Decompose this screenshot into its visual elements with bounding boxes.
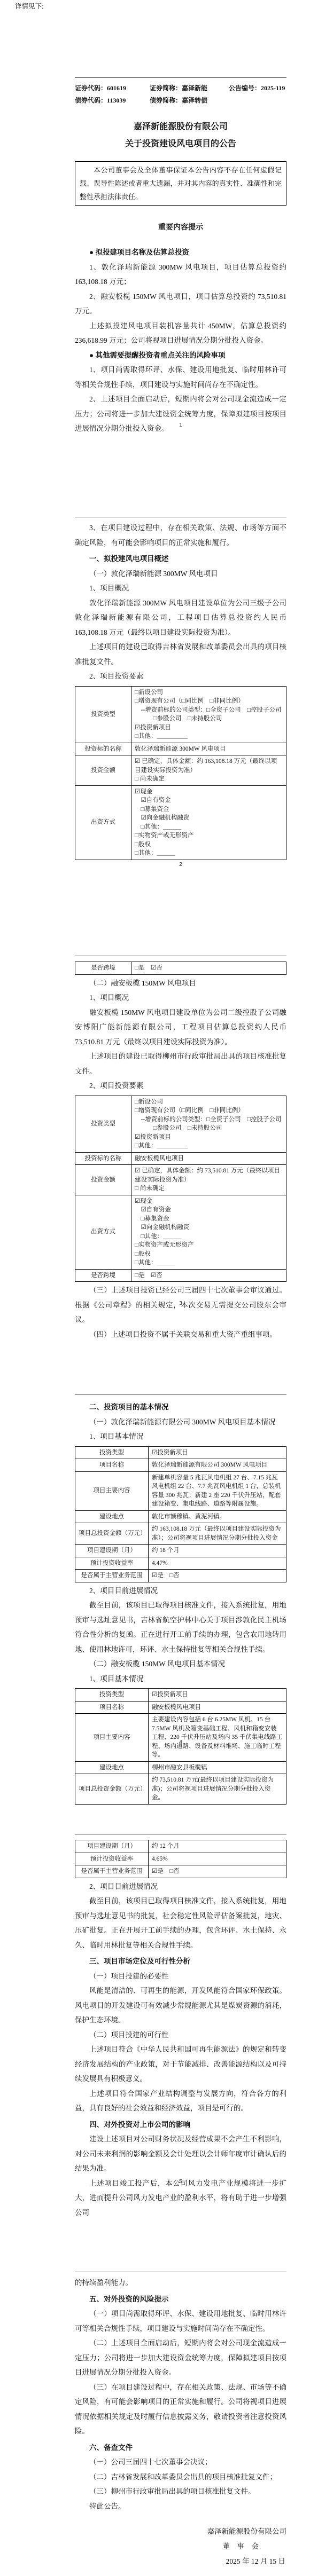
table-value-cell: □是 ☑否 bbox=[131, 1269, 286, 1282]
info-table-row: 出资方式☑现金 ☑自有资金 □募集资金 ☑向金融机构融资 □其他：＿＿＿□实物资… bbox=[75, 785, 286, 860]
table-value-line: □募集资金 bbox=[135, 1215, 283, 1224]
table-label-cell: 出资方式 bbox=[75, 1195, 131, 1269]
table-value-line: □是 ☑否 bbox=[135, 1271, 283, 1280]
document-page: 的持续盈利能力。五、对外投资的风险提示（一）项目尚需取得环评、水保、建设用地批复… bbox=[75, 2272, 286, 2576]
page-number: 1 bbox=[75, 422, 286, 428]
document-page: 项目建设期（月）约 12 个月预计投资收益率4.65%是否属于主营业务范围☑是 … bbox=[75, 1834, 286, 2272]
table-value-cell: 敦化泽瑞新能源 300MW 风电项目 bbox=[131, 743, 286, 755]
table-label-cell: 投资类型 bbox=[75, 1689, 149, 1701]
paragraph: 风能是清洁的、可再生的能源，开发风能符合国家环保政策。风电项目的开发建设可有效减… bbox=[75, 1983, 286, 2028]
table-value-line: 主要建设内容包括 6 台 6.25MW 风机、15 台 7.5MW 风机及箱变基… bbox=[152, 1715, 283, 1760]
paragraph: （二）融安板榄 150MW 风电项目基本情况 bbox=[75, 1657, 286, 1672]
table-value-line: ☑自有资金 bbox=[135, 1206, 283, 1215]
table-value-line: 约 163,108.18 万元（最终以项目建设实际投资为准）；公司将视项目进展情… bbox=[152, 1525, 283, 1542]
paragraph: 2、项目投资要素 bbox=[75, 669, 286, 684]
table-value-cell: ☑现金 ☑自有资金 □募集资金 ☑向金融机构融资 □其他：＿＿＿□实物资产或无形… bbox=[131, 1195, 286, 1269]
info-table-row: 项目主要内容新建单机容量 5 兆瓦风电机组 27 台、7.15 兆瓦风电机组 2… bbox=[75, 1471, 286, 1510]
paragraph: （四）上述项目投资不属于关联交易和重大资产重组事项。 bbox=[75, 1327, 286, 1342]
page-number: 5 bbox=[75, 2178, 286, 2185]
table-label-cell: 项目建设期（月） bbox=[75, 1840, 149, 1853]
table-value-line: ☑向金融机构融资 bbox=[135, 814, 283, 823]
table-value-cell: □是 ☑否 bbox=[131, 962, 286, 975]
table-value-line: ☑现金 bbox=[135, 1197, 283, 1206]
info-table-row: 项目建设期（月）约 18 个月 bbox=[75, 1545, 286, 1557]
table-value-line: □股权 bbox=[135, 1250, 283, 1259]
table-value-line: ☑投资新项目 bbox=[135, 723, 283, 732]
table-value-cell: 融安板榄风电项目 bbox=[149, 1701, 286, 1714]
table-value-line: □股权 bbox=[135, 840, 283, 849]
info-table-row: 项目总投资金额（万元）约 163,108.18 万元（最终以项目建设实际投资为准… bbox=[75, 1523, 286, 1545]
table-label-cell: 投资类型 bbox=[75, 1096, 131, 1152]
table-value-line: ☑现金 bbox=[135, 787, 283, 797]
info-table-row: 投资类型□新设公司□增资现有公司（□同比例 □非同比例） --增资前标的公司类型… bbox=[75, 1096, 286, 1152]
paragraph: 上述项目符合《中华人民共和国可再生能源法》的规定和转变经济发展结构的产业政策，对… bbox=[75, 2042, 286, 2086]
table-value-cell: 约 163,108.18 万元（最终以项目建设实际投资为准）；公司将视项目进展情… bbox=[149, 1523, 286, 1545]
table-value-cell: 敦化泽瑞新能源有限公司 300MW 风电项目 bbox=[149, 1459, 286, 1472]
paragraph: 1、项目基本情况 bbox=[75, 1672, 286, 1687]
info-table-row: 投资标的名称融安板榄风电项目 bbox=[75, 1152, 286, 1165]
paragraph: 2、上述项目全面启动后，短期内将会对公司现金流造成一定压力；公司将进一步加大建设… bbox=[75, 392, 286, 436]
disclaimer-box: 本公司董事会及全体董事保证本公告内容不存在任何虚假记载、误导性陈述或者重大遗漏，… bbox=[75, 161, 286, 206]
info-table-row: 建设地点敦化市额穆镇、黄泥河镇。 bbox=[75, 1510, 286, 1523]
table-value-cell: □新设公司□增资现有公司（□同比例 □非同比例） --增资前标的公司类型：□全资… bbox=[131, 1096, 286, 1152]
paragraph: 上述拟投建风电项目装机容量共计 450MW，估算总投资约 236,618.99 … bbox=[75, 319, 286, 348]
caption: 详情见下: bbox=[15, 1, 43, 11]
paragraph: （二）上述项目全面启动后，短期内将会对公司现金流造成一定压力；公司将进一步加大建… bbox=[75, 2336, 286, 2380]
paragraph: 1、敦化泽瑞新能源 300MW 风电项目，项目估算总投资约 163,108.18… bbox=[75, 260, 286, 289]
table-value-line: □其他：＿＿＿＿＿ bbox=[135, 732, 283, 741]
info-table-row: 是否跨境□是 ☑否 bbox=[75, 962, 286, 975]
table-label-cell: 投资标的名称 bbox=[75, 1152, 131, 1165]
stock-info-header: 证券代码：601619证券简称：嘉泽新能公告编号：2025-119债券代码：11… bbox=[75, 81, 286, 107]
signature-line: 嘉泽新能源股份有限公司 bbox=[75, 2524, 286, 2539]
table-value-line: 约 18 个月 bbox=[152, 1546, 283, 1555]
table-value-line: --增资前标的公司类型：□全资子公司 □控股子公司 bbox=[135, 1115, 283, 1124]
document-page: 二、投资项目的基本情况（一）敦化泽瑞新能源有限公司 300MW 风电项目基本情况… bbox=[75, 1395, 286, 1834]
paragraph: 特此公告。 bbox=[75, 2499, 286, 2514]
table-value-line: ☑向金融机构融资 bbox=[135, 1223, 283, 1232]
table-value-cell: ☑是 □否 bbox=[149, 1570, 286, 1582]
table-label-cell: 是否跨境 bbox=[75, 962, 131, 975]
info-table: 项目建设期（月）约 12 个月预计投资收益率4.65%是否属于主营业务范围☑是 … bbox=[75, 1840, 286, 1878]
table-value-line: □参股公司 □未持股公司 bbox=[135, 714, 283, 723]
table-value-line: 柳州市融安县板榄镇 bbox=[152, 1763, 283, 1773]
stock-info-item: 债券简称：嘉泽转债 bbox=[150, 94, 229, 107]
page-number: 3 bbox=[75, 1300, 286, 1306]
info-table-row: 投资金额☑ 已确定，具体金额：约 163,108.18 万元（最终以项目建设实际… bbox=[75, 755, 286, 786]
table-label-cell: 投资标的名称 bbox=[75, 743, 131, 755]
paragraph: （一）敦化泽瑞新能源有限公司 300MW 风电项目基本情况 bbox=[75, 1415, 286, 1430]
table-value-line: 4.47% bbox=[152, 1559, 283, 1568]
paragraph: 敦化泽瑞新能源 300MW 风电项目建设单位为公司三级子公司敦化泽瑞新能源有限公… bbox=[75, 596, 286, 640]
section-heading: 五、对外投资的风险提示 bbox=[75, 2292, 286, 2307]
table-value-line: 新建单机容量 5 兆瓦风电机组 27 台、7.15 兆瓦风电机组 22 台、7.… bbox=[152, 1474, 283, 1509]
section-banner: 重要内容提示 bbox=[75, 222, 286, 232]
stock-info-item bbox=[229, 94, 286, 107]
paragraph: 截至目前，该项目已取得项目核准文件，接入系统批复，用地预审与选址意见书的批复，社… bbox=[75, 1894, 286, 1952]
paragraph: 1、项目尚需取得环评、水保、建设用地批复、临时用林许可等相关合规性手续，项目建设… bbox=[75, 363, 286, 392]
table-value-cell: ☑ 已确定，具体金额：约 163,108.18 万元（最终以项目建设实际投资为准… bbox=[131, 755, 286, 786]
paragraph: （一）项目尚需取得环评、水保、建设用地批复、临时用林许可等相关合规性手续，项目建… bbox=[75, 2306, 286, 2336]
disclaimer-text: 本公司董事会及全体董事保证本公告内容不存在任何虚假记载、误导性陈述或者重大遗漏，… bbox=[80, 163, 282, 203]
info-table: 投资类型□新设公司□增资现有公司（□同比例 □非同比例） --增资前标的公司类型… bbox=[75, 686, 286, 860]
table-value-line: □参股公司 □未持股公司 bbox=[135, 1124, 283, 1133]
table-value-cell: ☑投资新项目 bbox=[149, 1689, 286, 1701]
table-value-line: □新设公司 bbox=[135, 688, 283, 697]
info-table-row: 出资方式☑现金 ☑自有资金 □募集资金 ☑向金融机构融资 □其他：＿＿＿□实物资… bbox=[75, 1195, 286, 1269]
table-value-line: ☑投资新项目 bbox=[152, 1448, 283, 1458]
table-value-cell: 主要建设内容包括 6 台 6.25MW 风机、15 台 7.5MW 风机及箱变基… bbox=[149, 1714, 286, 1762]
table-label-cell: 项目主要内容 bbox=[75, 1471, 149, 1510]
section-heading: 一、拟投建风电项目概述 bbox=[75, 552, 286, 566]
paragraph: 上述项目符合国家产业结构调整与发展方向，符合各方的利益，具有良好的社会效益和经济… bbox=[75, 2086, 286, 2116]
info-table-row: 投资标的名称敦化泽瑞新能源 300MW 风电项目 bbox=[75, 743, 286, 755]
paragraph: 3、在项目建设过程中，存在相关政策、法规、市场等方面不确定风险，有可能会影响项目… bbox=[75, 521, 286, 550]
info-table-row: 项目名称敦化泽瑞新能源有限公司 300MW 风电项目 bbox=[75, 1459, 286, 1472]
paragraph: 1、项目概况 bbox=[75, 581, 286, 596]
info-table-row: 投资类型☑投资新项目 bbox=[75, 1689, 286, 1701]
table-value-line: 敦化泽瑞新能源 300MW 风电项目 bbox=[135, 745, 283, 754]
paragraph: 2、项目目前进展情况 bbox=[75, 1879, 286, 1894]
stock-info-item: 证券代码：601619 bbox=[75, 82, 150, 94]
table-value-line: □其他：＿＿＿ bbox=[135, 823, 283, 832]
table-value-line: □ 尚未确定 bbox=[135, 1184, 283, 1193]
info-table: 是否跨境□是 ☑否 bbox=[75, 962, 286, 975]
table-value-cell: 敦化市额穆镇、黄泥河镇。 bbox=[149, 1510, 286, 1523]
paragraph: 建设上述项目对公司财务状况及经营成果不会产生不利影响，对公司未来利润的影响金额及… bbox=[75, 2132, 286, 2176]
paragraph: 2、项目目前进展情况 bbox=[75, 1584, 286, 1598]
table-label-cell: 建设地点 bbox=[75, 1761, 149, 1774]
table-value-line: 敦化市额穆镇、黄泥河镇。 bbox=[152, 1512, 283, 1522]
table-label-cell: 建设地点 bbox=[75, 1510, 149, 1523]
table-value-line: 融安板榄风电项目 bbox=[152, 1703, 283, 1712]
table-value-cell: ☑现金 ☑自有资金 □募集资金 ☑向金融机构融资 □其他：＿＿＿□实物资产或无形… bbox=[131, 785, 286, 860]
paragraph: （三）柳州市行政审批局出具的项目核准批复文件。 bbox=[75, 2484, 286, 2499]
table-value-cell: 约 73,510.81 万元(最终以项目建设实际投资为准)；公司将视项目进展情况… bbox=[149, 1774, 286, 1805]
table-value-line: 4.65% bbox=[152, 1855, 283, 1864]
table-label-cell: 项目总投资金额（万元） bbox=[75, 1523, 149, 1545]
section-heading: 二、投资项目的基本情况 bbox=[75, 1400, 286, 1415]
table-value-line: ☑是 □否 bbox=[152, 1571, 283, 1580]
table-label-cell: 预计投资收益率 bbox=[75, 1557, 149, 1570]
table-value-line: ☑ 已确定，具体金额：约 163,108.18 万元（最终以项目建设实际投资为准… bbox=[135, 757, 283, 775]
stock-info-item: 公告编号：2025-119 bbox=[229, 82, 286, 94]
table-value-cell: 柳州市融安县板榄镇 bbox=[149, 1761, 286, 1774]
table-value-line: □募集资金 bbox=[135, 805, 283, 814]
info-table-row: 项目建设期（月）约 12 个月 bbox=[75, 1840, 286, 1853]
table-value-line: □是 ☑否 bbox=[135, 964, 283, 973]
table-value-line: □增资现有公司（□同比例 □非同比例） bbox=[135, 697, 283, 706]
section-heading: 四、对外投资对上市公司的影响 bbox=[75, 2117, 286, 2132]
page-number: 2 bbox=[75, 861, 286, 868]
document-title-line: 关于投资建设风电项目的公告 bbox=[75, 136, 286, 153]
info-table-row: 投资类型□新设公司□增资现有公司（□同比例 □非同比例） --增资前标的公司类型… bbox=[75, 686, 286, 743]
table-value-cell: 4.47% bbox=[149, 1557, 286, 1570]
paragraph: （一）项目投建的必要性 bbox=[75, 1969, 286, 1984]
table-label-cell: 项目建设期（月） bbox=[75, 1545, 149, 1557]
info-table-row: 是否属于主营业务范围☑是 □否 bbox=[75, 1570, 286, 1582]
table-label-cell: 是否属于主营业务范围 bbox=[75, 1865, 149, 1878]
page-number: 4 bbox=[75, 1739, 286, 1745]
section-heading: ● 拟投建项目名称及估算总投资 bbox=[75, 245, 286, 260]
table-label-cell: 项目总投资金额（万元） bbox=[75, 1774, 149, 1805]
table-value-cell: 融安板榄风电项目 bbox=[131, 1152, 286, 1165]
stock-info-row: 证券代码：601619证券简称：嘉泽新能公告编号：2025-119 bbox=[75, 82, 286, 94]
table-value-cell: 新建单机容量 5 兆瓦风电机组 27 台、7.15 兆瓦风电机组 22 台、7.… bbox=[149, 1471, 286, 1510]
signature-block: 嘉泽新能源股份有限公司董 事 会2025 年 12 月 15 日 bbox=[75, 2524, 286, 2569]
table-value-line: ☑投资新项目 bbox=[152, 1690, 283, 1699]
signature-line: 2025 年 12 月 15 日 bbox=[75, 2554, 286, 2569]
table-label-cell: 项目主要内容 bbox=[75, 1714, 149, 1762]
paragraph: 1、项目基本情况 bbox=[75, 1429, 286, 1444]
table-label-cell: 项目名称 bbox=[75, 1459, 149, 1472]
document-title: 嘉泽新能源股份有限公司关于投资建设风电项目的公告 bbox=[75, 119, 286, 153]
table-value-line: ☑ 已确定，具体金额：约 73,510.81 万元（最终以项目建设实际投资为准） bbox=[135, 1167, 283, 1184]
stock-info-row: 债券代码：113039债券简称：嘉泽转债 bbox=[75, 94, 286, 107]
table-value-cell: □新设公司□增资现有公司（□同比例 □非同比例） --增资前标的公司类型：□全资… bbox=[131, 686, 286, 743]
paragraph: 上述项目的建设已取得吉林省发展和改革委员会出具的项目核准批复文件。 bbox=[75, 640, 286, 669]
paragraph: 的持续盈利能力。 bbox=[75, 2275, 286, 2290]
table-value-cell: ☑ 已确定，具体金额：约 73,510.81 万元（最终以项目建设实际投资为准）… bbox=[131, 1165, 286, 1195]
table-value-line: ☑投资新项目 bbox=[135, 1133, 283, 1142]
paragraph: 1、项目概况 bbox=[75, 990, 286, 1005]
info-table-row: 预计投资收益率4.47% bbox=[75, 1557, 286, 1570]
info-table-row: 是否属于主营业务范围☑是 □否 bbox=[75, 1865, 286, 1878]
info-table-row: 是否跨境□是 ☑否 bbox=[75, 1269, 286, 1282]
paragraph: 融安板榄 150MW 风电项目建设单位为公司二级控股子公司融安博阳广能新能源有限… bbox=[75, 1005, 286, 1050]
table-label-cell: 预计投资收益率 bbox=[75, 1853, 149, 1865]
paragraph: 2、融安板榄 150MW 风电项目，项目估算总投资约 73,510.81 万元。 bbox=[75, 289, 286, 319]
info-table-row: 项目总投资金额（万元）约 73,510.81 万元(最终以项目建设实际投资为准)… bbox=[75, 1774, 286, 1805]
table-value-line: □实物资产或无形资产 bbox=[135, 1241, 283, 1250]
table-value-line: □其他：＿＿＿ bbox=[135, 849, 283, 858]
section-heading: 三、项目市场定位及可行性分析 bbox=[75, 1954, 286, 1969]
info-table: 投资类型☑投资新项目项目名称敦化泽瑞新能源有限公司 300MW 风电项目项目主要… bbox=[75, 1446, 286, 1582]
stock-info-item: 债券代码：113039 bbox=[75, 94, 150, 107]
table-value-cell: ☑是 □否 bbox=[149, 1865, 286, 1878]
table-label-cell: 是否属于主营业务范围 bbox=[75, 1570, 149, 1582]
table-value-cell: 约 18 个月 bbox=[149, 1545, 286, 1557]
paragraph: （二）项目投建的可行性 bbox=[75, 2028, 286, 2043]
info-table: 投资类型□新设公司□增资现有公司（□同比例 □非同比例） --增资前标的公司类型… bbox=[75, 1096, 286, 1282]
info-table: 投资类型☑投资新项目项目名称融安板榄风电项目项目主要内容主要建设内容包括 6 台… bbox=[75, 1688, 286, 1805]
info-table-row: 建设地点柳州市融安县板榄镇 bbox=[75, 1761, 286, 1774]
paragraph: 截至目前，该项目已取得项目核准文件，接入系统批复，用地预审与选址意见书，吉林省航… bbox=[75, 1598, 286, 1657]
table-value-line: ☑自有资金 bbox=[135, 796, 283, 805]
info-table-row: 项目名称融安板榄风电项目 bbox=[75, 1701, 286, 1714]
table-label-cell: 是否跨境 bbox=[75, 1269, 131, 1282]
document-title-line: 嘉泽新能源股份有限公司 bbox=[75, 119, 286, 136]
table-value-line: □实物资产或无形资产 bbox=[135, 831, 283, 840]
table-value-cell: 4.65% bbox=[149, 1853, 286, 1865]
table-value-line: --增资前标的公司类型：□全资子公司 □控股子公司 bbox=[135, 706, 283, 715]
table-label-cell: 投资类型 bbox=[75, 1446, 149, 1459]
table-value-line: □其他：＿＿＿ bbox=[135, 1258, 283, 1267]
paragraph: （二）吉林省发展和改革委员会出具的项目核准批复文件； bbox=[75, 2470, 286, 2485]
document-page: 3、在项目建设过程中，存在相关政策、法规、市场等方面不确定风险，有可能会影响项目… bbox=[75, 517, 286, 956]
table-label-cell: 投资类型 bbox=[75, 686, 131, 743]
paragraph: 上述项目的建设已取得柳州市行政审批局出具的项目核准批复文件。 bbox=[75, 1049, 286, 1078]
info-table-row: 投资类型☑投资新项目 bbox=[75, 1446, 286, 1459]
table-label-cell: 项目名称 bbox=[75, 1701, 149, 1714]
table-value-line: 敦化泽瑞新能源有限公司 300MW 风电项目 bbox=[152, 1461, 283, 1470]
paragraph: （三）在项目建设过程中，存在相关政策、法规、市场等不确定风险，有可能会影响项目的… bbox=[75, 2380, 286, 2439]
document-page: 证券代码：601619证券简称：嘉泽新能公告编号：2025-119债券代码：11… bbox=[75, 77, 286, 517]
table-value-cell: ☑投资新项目 bbox=[149, 1446, 286, 1459]
table-value-line: 约 73,510.81 万元(最终以项目建设实际投资为准)；公司将视项目进展情况… bbox=[152, 1776, 283, 1802]
table-value-line: 融安板榄风电项目 bbox=[135, 1154, 283, 1163]
table-value-line: □其他：＿＿＿＿＿ bbox=[135, 1141, 283, 1151]
table-value-line: 约 12 个月 bbox=[152, 1842, 283, 1851]
table-value-line: □新设公司 bbox=[135, 1098, 283, 1107]
stock-info-item: 证券简称：嘉泽新能 bbox=[150, 82, 229, 94]
section-heading: ● 其他需要提醒投资者重点关注的风险事项 bbox=[75, 348, 286, 363]
table-value-line: □ 尚未确定 bbox=[135, 775, 283, 784]
signature-line: 董 事 会 bbox=[75, 2539, 286, 2554]
table-value-line: □其他：＿＿＿ bbox=[135, 1232, 283, 1241]
section-heading: 六、备查文件 bbox=[75, 2440, 286, 2455]
info-table-row: 预计投资收益率4.65% bbox=[75, 1853, 286, 1865]
table-value-line: □增资现有公司（□同比例 □非同比例） bbox=[135, 1106, 283, 1115]
info-table-row: 项目主要内容主要建设内容包括 6 台 6.25MW 风机、15 台 7.5MW … bbox=[75, 1714, 286, 1762]
table-value-line: ☑是 □否 bbox=[152, 1867, 283, 1876]
document-page: 是否跨境□是 ☑否（二）融安板榄 150MW 风电项目1、项目概况融安板榄 15… bbox=[75, 956, 286, 1395]
table-label-cell: 投资金额 bbox=[75, 1165, 131, 1195]
info-table-row: 投资金额☑ 已确定，具体金额：约 73,510.81 万元（最终以项目建设实际投… bbox=[75, 1165, 286, 1195]
paragraph: （二）融安板榄 150MW 风电项目 bbox=[75, 976, 286, 991]
table-label-cell: 投资金额 bbox=[75, 755, 131, 786]
table-label-cell: 出资方式 bbox=[75, 785, 131, 860]
paragraph: （一）公司三届四十七次董事会决议； bbox=[75, 2455, 286, 2470]
table-value-cell: 约 12 个月 bbox=[149, 1840, 286, 1853]
paragraph: 2、项目投资要素 bbox=[75, 1078, 286, 1093]
paragraph: （一）敦化泽瑞新能源 300MW 风电项目 bbox=[75, 566, 286, 581]
